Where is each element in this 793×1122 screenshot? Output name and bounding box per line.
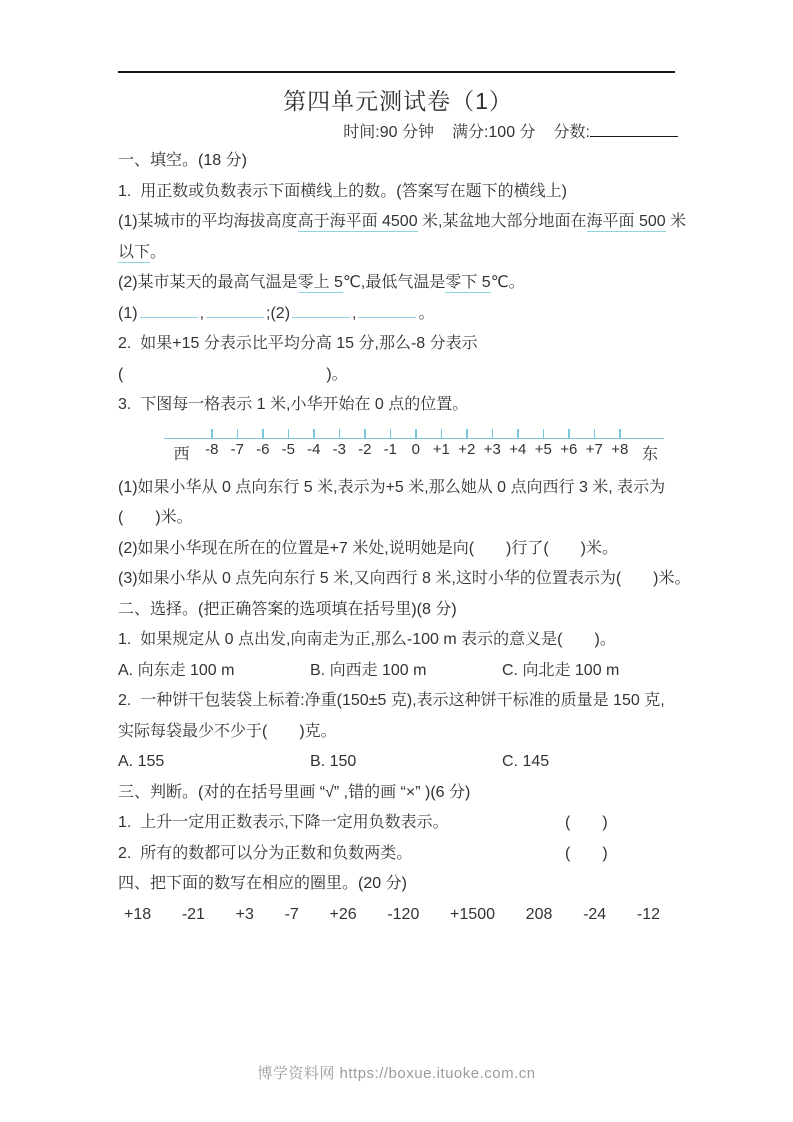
- text-run: ;(2): [266, 305, 290, 322]
- tick-label: -2: [358, 441, 371, 458]
- option-b: B. 向西走 100 m: [310, 656, 502, 687]
- tick-mark: [313, 429, 315, 438]
- text-run: (2)某市某天的最高气温是: [118, 274, 298, 291]
- option-a: A. 155: [118, 747, 310, 778]
- text-run: 米,某盆地大部分地面在: [418, 213, 587, 230]
- s1-q1-answer-blanks: (1),;(2),。: [118, 299, 678, 330]
- s1-q3-sub1-line1: (1)如果小华从 0 点向东行 5 米,表示为+5 米,那么她从 0 点向西行 …: [118, 473, 678, 504]
- text-run: (: [118, 366, 123, 383]
- section4-heading: 四、把下面的数写在相应的圈里。(20 分): [118, 869, 678, 900]
- tick-mark: [288, 429, 290, 438]
- s1-q1-para1-line2: 以下。: [118, 238, 678, 269]
- underlined-phrase: 海平面 500: [587, 213, 666, 232]
- number-item: +18: [124, 900, 151, 931]
- judgement-text: 1. 上升一定用正数表示,下降一定用负数表示。: [118, 814, 449, 831]
- number-line-point: -1: [378, 427, 404, 464]
- section2-heading: 二、选择。(把正确答案的选项填在括号里)(8 分): [118, 595, 678, 626]
- tick-mark: [492, 429, 494, 438]
- tick-mark: [211, 429, 213, 438]
- judgement-bracket: ( ): [565, 808, 608, 839]
- number-line-point: +8: [607, 427, 633, 464]
- number-line-point: 0: [403, 427, 429, 464]
- text-run: ,: [352, 305, 356, 322]
- page-title: 第四单元测试卷（1）: [118, 86, 678, 116]
- axis-label: 西: [173, 441, 189, 464]
- tick-mark: [441, 429, 443, 438]
- paper-meta: 时间:90 分钟满分:100 分分数:: [118, 120, 678, 146]
- tick-label: -8: [205, 441, 218, 458]
- text-run: )。: [326, 366, 347, 383]
- s2-q2-line2: 实际每袋最少不少于( )克。: [118, 717, 678, 748]
- tick-mark: [466, 429, 468, 438]
- tick-mark: [364, 429, 366, 438]
- text-run: 。: [418, 305, 434, 322]
- judgement-bracket: ( ): [565, 839, 608, 870]
- number-line-point: +7: [582, 427, 608, 464]
- top-rule: [118, 71, 675, 73]
- number-item: -24: [583, 900, 606, 931]
- s1-q3-stem: 3. 下图每一格表示 1 米,小华开始在 0 点的位置。: [118, 390, 678, 421]
- tick-mark: [339, 429, 341, 438]
- tick-mark: [619, 429, 621, 438]
- text-run: 。: [150, 244, 166, 261]
- s1-q2-stem: 2. 如果+15 分表示比平均分高 15 分,那么-8 分表示: [118, 329, 678, 360]
- answer-blank: [358, 303, 416, 318]
- number-line-point: +3: [480, 427, 506, 464]
- paper-content: 第四单元测试卷（1） 时间:90 分钟满分:100 分分数: 一、填空。(18 …: [118, 0, 678, 930]
- s1-q1-para2: (2)某市某天的最高气温是零上 5℃,最低气温是零下 5℃。: [118, 268, 678, 299]
- s1-q3-sub3: (3)如果小华从 0 点先向东行 5 米,又向西行 8 米,这时小华的位置表示为…: [118, 564, 678, 595]
- tick-label: +4: [509, 441, 526, 458]
- number-line-cells: 西 -8 -7 -6 -5 -4 -3 -2 -1 0 +1 +2 +3 +4 …: [164, 427, 668, 464]
- score-blank: [590, 121, 678, 137]
- s1-q3-sub2: (2)如果小华现在所在的位置是+7 米处,说明她是向( )行了( )米。: [118, 534, 678, 565]
- tick-label: +3: [484, 441, 501, 458]
- s2-q1-stem: 1. 如果规定从 0 点出发,向南走为正,那么-100 m 表示的意义是( )。: [118, 625, 678, 656]
- number-line-point: +6: [556, 427, 582, 464]
- number-line-figure: 西 -8 -7 -6 -5 -4 -3 -2 -1 0 +1 +2 +3 +4 …: [164, 427, 664, 471]
- text-run: ℃。: [491, 274, 525, 291]
- s2-q2-options: A. 155 B. 150 C. 145: [118, 747, 678, 778]
- tick-label: -4: [307, 441, 320, 458]
- tick-mark: [390, 429, 392, 438]
- answer-blank: [206, 303, 264, 318]
- text-run: ℃,最低气温是: [343, 274, 445, 291]
- tick-mark: [543, 429, 545, 438]
- underlined-phrase: 高于海平面 4500: [298, 213, 418, 232]
- tick-label: +6: [560, 441, 577, 458]
- section1-heading: 一、填空。(18 分): [118, 146, 678, 177]
- number-item: +26: [330, 900, 357, 931]
- number-line-point: +4: [505, 427, 531, 464]
- option-c: C. 145: [502, 747, 549, 778]
- number-item: -7: [285, 900, 299, 931]
- underlined-phrase: 零下 5: [445, 274, 490, 293]
- underlined-phrase: 以下: [118, 244, 150, 263]
- number-item: -120: [387, 900, 419, 931]
- number-line-point: -6: [250, 427, 276, 464]
- s1-q1-stem: 1. 用正数或负数表示下面横线上的数。(答案写在题下的横线上): [118, 177, 678, 208]
- underlined-phrase: 零上 5: [298, 274, 343, 293]
- meta-time: 时间:90 分钟: [343, 124, 434, 141]
- text-run: ,: [200, 305, 204, 322]
- tick-label: -1: [384, 441, 397, 458]
- tick-label: -7: [231, 441, 244, 458]
- number-item: +3: [236, 900, 254, 931]
- judgement-text: 2. 所有的数都可以分为正数和负数两类。: [118, 845, 412, 862]
- number-line-point: -2: [352, 427, 378, 464]
- tick-mark: [262, 429, 264, 438]
- number-line-east: 东: [633, 427, 668, 464]
- number-item: -12: [637, 900, 660, 931]
- number-line-point: -8: [199, 427, 225, 464]
- option-c: C. 向北走 100 m: [502, 656, 619, 687]
- number-line-west: 西: [164, 427, 199, 464]
- answer-blank: [140, 303, 198, 318]
- section3-heading: 三、判断。(对的在括号里画 “√” ,错的画 “×” )(6 分): [118, 778, 678, 809]
- tick-label: 0: [412, 441, 420, 458]
- meta-full-score: 满分:100 分: [452, 124, 536, 141]
- s2-q1-options: A. 向东走 100 m B. 向西走 100 m C. 向北走 100 m: [118, 656, 678, 687]
- tick-label: +7: [586, 441, 603, 458]
- text-run: (1)某城市的平均海拔高度: [118, 213, 298, 230]
- option-a: A. 向东走 100 m: [118, 656, 310, 687]
- s3-item-1: 1. 上升一定用正数表示,下降一定用负数表示。 ( ): [118, 808, 678, 839]
- tick-label: +8: [611, 441, 628, 458]
- tick-mark: [237, 429, 239, 438]
- watermark-footer: 博学资料网 https://boxue.ituoke.com.cn: [0, 1062, 793, 1083]
- tick-mark: [568, 429, 570, 438]
- answer-blank: [292, 303, 350, 318]
- tick-mark: [594, 429, 596, 438]
- number-item: 208: [526, 900, 553, 931]
- option-b: B. 150: [310, 747, 502, 778]
- s1-q3-sub1-line2: ( )米。: [118, 503, 678, 534]
- tick-mark: [415, 429, 417, 438]
- number-line-point: -5: [276, 427, 302, 464]
- s4-numbers-row: +18 -21 +3 -7 +26 -120 +1500 208 -24 -12: [124, 900, 660, 931]
- number-line-point: -4: [301, 427, 327, 464]
- text-run: (1): [118, 305, 138, 322]
- number-line-point: +1: [429, 427, 455, 464]
- number-line-point: +5: [531, 427, 557, 464]
- tick-label: -5: [282, 441, 295, 458]
- number-item: -21: [182, 900, 205, 931]
- tick-mark: [517, 429, 519, 438]
- s2-q2-line1: 2. 一种饼干包装袋上标着:净重(150±5 克),表示这种饼干标准的质量是 1…: [118, 686, 678, 717]
- text-run: 米: [666, 213, 686, 230]
- tick-label: +2: [458, 441, 475, 458]
- number-item: +1500: [450, 900, 495, 931]
- s1-q1-para1-line1: (1)某城市的平均海拔高度高于海平面 4500 米,某盆地大部分地面在海平面 5…: [118, 207, 678, 238]
- meta-score-label: 分数:: [554, 124, 590, 141]
- test-paper-page: 第四单元测试卷（1） 时间:90 分钟满分:100 分分数: 一、填空。(18 …: [0, 0, 793, 1122]
- s1-q2-bracket-line: ()。: [118, 360, 678, 391]
- tick-label: +1: [433, 441, 450, 458]
- tick-label: +5: [535, 441, 552, 458]
- number-line-point: -7: [225, 427, 251, 464]
- s3-item-2: 2. 所有的数都可以分为正数和负数两类。 ( ): [118, 839, 678, 870]
- tick-label: -6: [256, 441, 269, 458]
- number-line-point: -3: [327, 427, 353, 464]
- axis-label: 东: [642, 441, 658, 464]
- number-line-point: +2: [454, 427, 480, 464]
- tick-label: -3: [333, 441, 346, 458]
